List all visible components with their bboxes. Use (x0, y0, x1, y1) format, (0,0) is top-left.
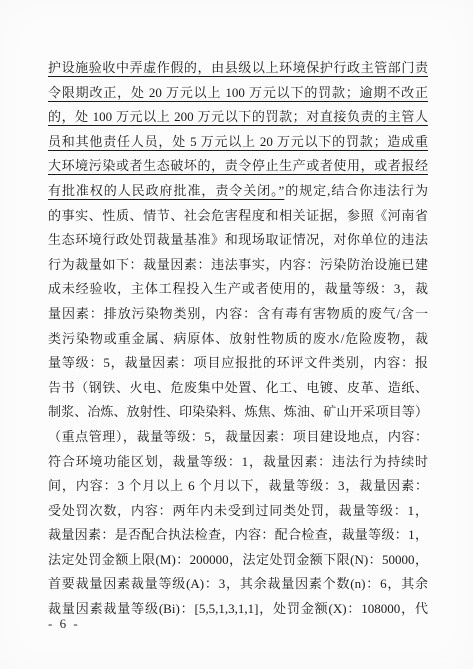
body-text: （重点管理），裁量等级：5，裁量因素：项目建设地点，内容： (48, 429, 428, 444)
text-line: 类污染物或重金属、病原体、放射性物质的废水/危险废物，裁 (48, 327, 428, 352)
underlined-text: 令限期改正，处 20 万元以上 100 万元以下的罚款；逾期不改正 (48, 85, 428, 100)
body-text: 成未经验收，主体工程投入生产或者使用的，裁量等级：3，裁 (48, 281, 428, 296)
body-text: 受处罚次数，内容：两年内未受到过同类处罚，裁量等级：1， (48, 503, 428, 518)
body-text: 首要裁量因素裁量等级(A)：3，其余裁量因素个数(n)：6，其余 (48, 576, 428, 591)
text-line: 符合环境功能区划，裁量等级：1，裁量因素：违法行为持续时 (48, 450, 428, 475)
text-line: 首要裁量因素裁量等级(A)：3，其余裁量因素个数(n)：6，其余 (48, 572, 428, 597)
body-text: 制浆、冶炼、放射性、印染染料、炼焦、炼油、矿山开采项目等） (48, 404, 428, 419)
text-line: 量因素：排放污染物类别，内容：含有毒有害物质的废气/含一 (48, 302, 428, 327)
text-line: 制浆、冶炼、放射性、印染染料、炼焦、炼油、矿山开采项目等） (48, 400, 428, 425)
body-text: 类污染物或重金属、病原体、放射性物质的废水/危险废物，裁 (48, 331, 428, 346)
text-line: 告书（钢铁、火电、危废集中处置、化工、电镀、皮革、造纸、 (48, 376, 428, 401)
scanned-document-page: 护设施验收中弄虚作假的，由县级以上环境保护行政主管部门责令限期改正，处 20 万… (0, 0, 473, 669)
body-text: 裁量因素：是否配合执法检查，内容：配合检查，裁量等级：1， (48, 527, 428, 542)
body-text: 裁量因素裁量等级(Bi)：[5,5,1,3,1,1]，处罚金额(X)：10800… (48, 601, 428, 616)
body-text: 的事实、性质、情节、社会危害程度和相关证据，参照《河南省 (48, 208, 428, 223)
underlined-text: 护设施验收中弄虚作假的，由县级以上环境保护行政主管部门责 (48, 60, 428, 75)
text-line: 量等级：5，裁量因素：项目应报批的环评文件类别，内容：报 (48, 351, 428, 376)
body-text: 的规定,结合你违法行为 (284, 183, 428, 198)
document-body: 护设施验收中弄虚作假的，由县级以上环境保护行政主管部门责令限期改正，处 20 万… (48, 56, 428, 622)
body-text: 告书（钢铁、火电、危废集中处置、化工、电镀、皮革、造纸、 (48, 380, 428, 395)
body-text: 生态环境行政处罚裁量基准》和现场取证情况，对你单位的违法 (48, 232, 428, 247)
text-line: 护设施验收中弄虚作假的，由县级以上环境保护行政主管部门责 (48, 56, 428, 81)
body-text: 符合环境功能区划，裁量等级：1，裁量因素：违法行为持续时 (48, 454, 428, 469)
text-line: 令限期改正，处 20 万元以上 100 万元以下的罚款；逾期不改正 (48, 81, 428, 106)
text-line: 员和其他责任人员，处 5 万元以上 20 万元以下的罚款；造成重 (48, 130, 428, 155)
text-line: （重点管理），裁量等级：5，裁量因素：项目建设地点，内容： (48, 425, 428, 450)
text-line: 裁量因素：是否配合执法检查，内容：配合检查，裁量等级：1， (48, 523, 428, 548)
underlined-text: 有批准权的人民政府批准，责令关闭。” (48, 183, 284, 198)
text-line: 受处罚次数，内容：两年内未受到过同类处罚，裁量等级：1， (48, 499, 428, 524)
body-text: 间，内容：3 个月以上 6 个月以下，裁量等级：3，裁量因素： (48, 478, 428, 493)
body-text: 行为裁量如下：裁量因素：违法事实，内容：污染防治设施已建 (48, 257, 428, 272)
text-line: 法定处罚金额上限(M)：200000，法定处罚金额下限(N)：50000， (48, 548, 428, 573)
text-line: 裁量因素裁量等级(Bi)：[5,5,1,3,1,1]，处罚金额(X)：10800… (48, 597, 428, 622)
text-line: 的，处 100 万元以上 200 万元以下的罚款；对直接负责的主管人 (48, 105, 428, 130)
underlined-text: 员和其他责任人员，处 5 万元以上 20 万元以下的罚款；造成重 (48, 134, 428, 149)
text-line: 生态环境行政处罚裁量基准》和现场取证情况，对你单位的违法 (48, 228, 428, 253)
underlined-text: 大环境污染或者生态破坏的，责令停止生产或者使用，或者报经 (48, 158, 428, 173)
body-text: 法定处罚金额上限(M)：200000，法定处罚金额下限(N)：50000， (48, 552, 428, 567)
page-number: - 6 - (48, 616, 80, 632)
body-text: 量因素：排放污染物类别，内容：含有毒有害物质的废气/含一 (48, 306, 428, 321)
text-line: 有批准权的人民政府批准，责令关闭。”的规定,结合你违法行为 (48, 179, 428, 204)
text-line: 大环境污染或者生态破坏的，责令停止生产或者使用，或者报经 (48, 154, 428, 179)
text-line: 间，内容：3 个月以上 6 个月以下，裁量等级：3，裁量因素： (48, 474, 428, 499)
body-text: 量等级：5，裁量因素：项目应报批的环评文件类别，内容：报 (48, 355, 428, 370)
text-line: 成未经验收，主体工程投入生产或者使用的，裁量等级：3，裁 (48, 277, 428, 302)
text-line: 行为裁量如下：裁量因素：违法事实，内容：污染防治设施已建 (48, 253, 428, 278)
text-line: 的事实、性质、情节、社会危害程度和相关证据，参照《河南省 (48, 204, 428, 229)
underlined-text: 的，处 100 万元以上 200 万元以下的罚款；对直接负责的主管人 (48, 109, 428, 124)
